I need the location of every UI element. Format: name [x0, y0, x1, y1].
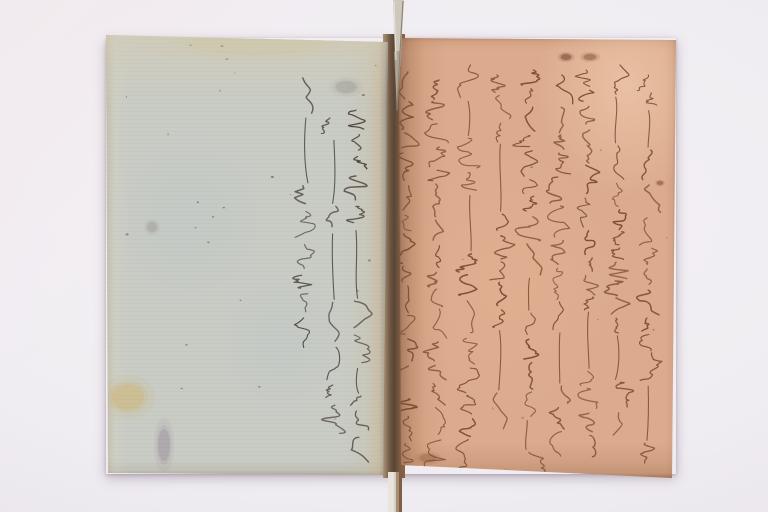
bottom-binding-ribbon — [388, 472, 402, 512]
top-binding-ribbon — [0, 0, 768, 512]
photo-of-open-manuscript-book — [0, 0, 768, 512]
